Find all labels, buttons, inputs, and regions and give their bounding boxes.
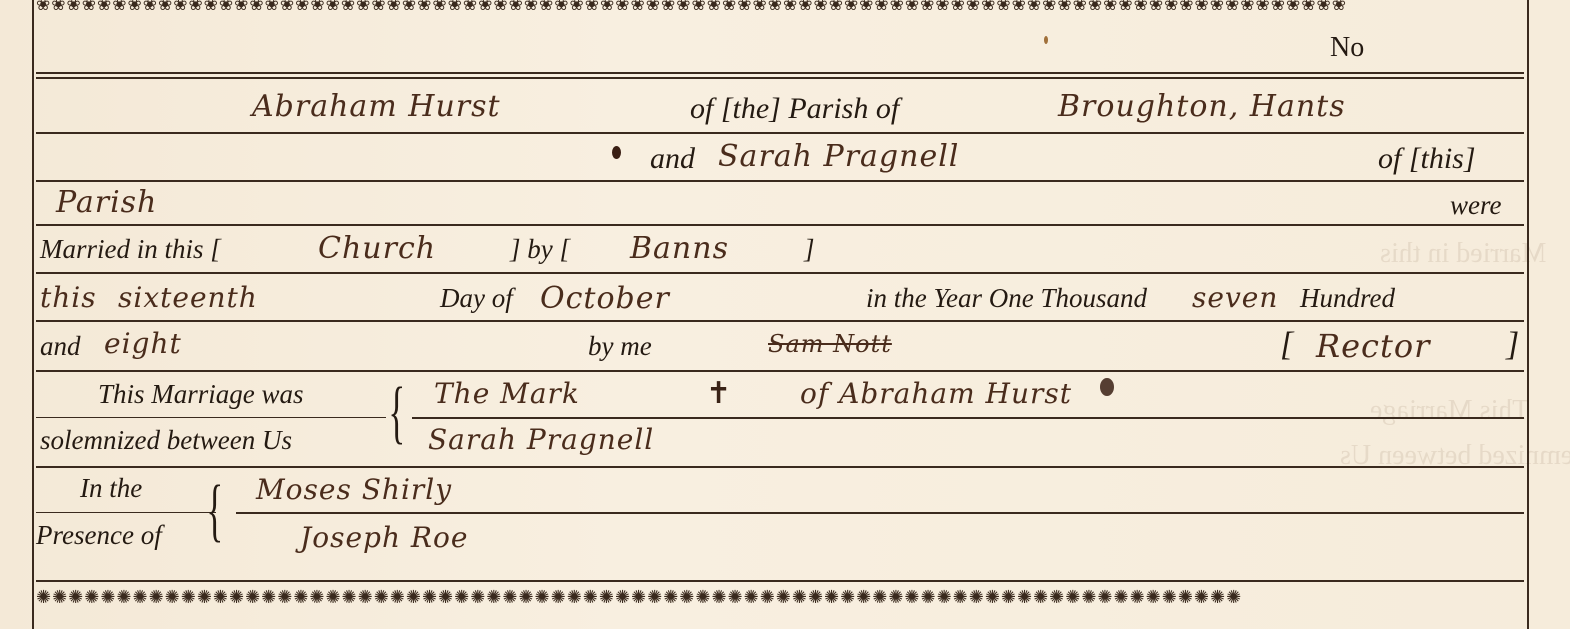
year-rest: eight xyxy=(104,330,182,358)
method-close: ] xyxy=(804,236,815,263)
and-label: and xyxy=(650,144,695,174)
presence-label-1: In the xyxy=(80,475,142,502)
and-label-2: and xyxy=(40,333,81,360)
hundred-label: Hundred xyxy=(1300,285,1395,312)
witness-1: Moses Shirly xyxy=(256,476,452,504)
day: sixteenth xyxy=(118,284,258,312)
were-label: were xyxy=(1450,192,1501,219)
groom-name: Abraham Hurst xyxy=(252,92,501,122)
ink-speck xyxy=(1044,36,1048,44)
venue: Church xyxy=(318,234,436,264)
year-label: in the Year One Thousand xyxy=(866,285,1147,312)
party-1: The Mark xyxy=(434,380,580,408)
officiant-signature: Sam Nott xyxy=(768,332,892,356)
groom-parish: Broughton, Hants xyxy=(1058,92,1346,122)
ornament-border-bottom: ✺✺✺✺✺✺✺✺✺✺✺✺✺✺✺✺✺✺✺✺✺✺✺✺✺✺✺✺✺✺✺✺✺✺✺✺✺✺✺✺… xyxy=(36,587,1524,609)
party-2: Sarah Pragnell xyxy=(428,426,654,454)
by-label: ] by [ xyxy=(510,236,570,263)
bride-parish: Parish xyxy=(56,188,157,218)
rule xyxy=(36,72,1524,74)
rule xyxy=(412,417,1524,419)
solemnized-label-2: solemnized between Us xyxy=(40,427,292,454)
brace: { xyxy=(388,378,405,448)
officiant-title: Rector xyxy=(1316,330,1430,362)
rule xyxy=(36,224,1524,226)
bride-of-label: of [this] xyxy=(1378,144,1476,174)
ink-blot xyxy=(1100,378,1114,396)
officiant-title-close: ] xyxy=(1506,328,1519,362)
rule xyxy=(36,580,1524,582)
presence-label-2: Presence of xyxy=(36,522,162,549)
party-1-rest: of Abraham Hurst xyxy=(800,380,1072,408)
bleed-through-text: This Marriage xyxy=(1370,395,1529,427)
bleed-through-text: Married in this xyxy=(1380,238,1546,270)
brace: { xyxy=(206,476,223,546)
rule xyxy=(236,512,1524,514)
entry-number-label: No xyxy=(1330,32,1364,64)
rule xyxy=(36,466,1524,468)
month: October xyxy=(540,284,670,314)
married-in-label: Married in this [ xyxy=(40,236,221,263)
day-prefix: this xyxy=(40,284,97,312)
rule xyxy=(36,180,1524,182)
year-hundreds: seven xyxy=(1192,284,1278,312)
right-border xyxy=(1527,0,1529,629)
by-me-label: by me xyxy=(588,333,652,360)
register-page: Married in this This Marriage solemnized… xyxy=(0,0,1570,629)
solemnized-label-1: This Marriage was xyxy=(98,381,304,408)
groom-of-label: of [the] Parish of xyxy=(690,94,899,124)
mark-cross: ✝ xyxy=(706,376,731,411)
day-of-label: Day of xyxy=(440,285,513,312)
bride-name: Sarah Pragnell xyxy=(718,142,959,172)
ink-blot xyxy=(612,146,621,159)
officiant-title-open: [ xyxy=(1280,328,1293,362)
left-border xyxy=(32,0,34,629)
method: Banns xyxy=(630,234,729,264)
rule xyxy=(36,370,1524,372)
rule xyxy=(36,512,216,513)
rule xyxy=(36,132,1524,134)
ornament-border-top: ❀❀❀❀❀❀❀❀❀❀❀❀❀❀❀❀❀❀❀❀❀❀❀❀❀❀❀❀❀❀❀❀❀❀❀❀❀❀❀❀… xyxy=(36,0,1524,16)
witness-2: Joseph Roe xyxy=(300,524,468,552)
rule xyxy=(36,320,1524,322)
rule xyxy=(36,417,386,418)
rule xyxy=(36,272,1524,274)
